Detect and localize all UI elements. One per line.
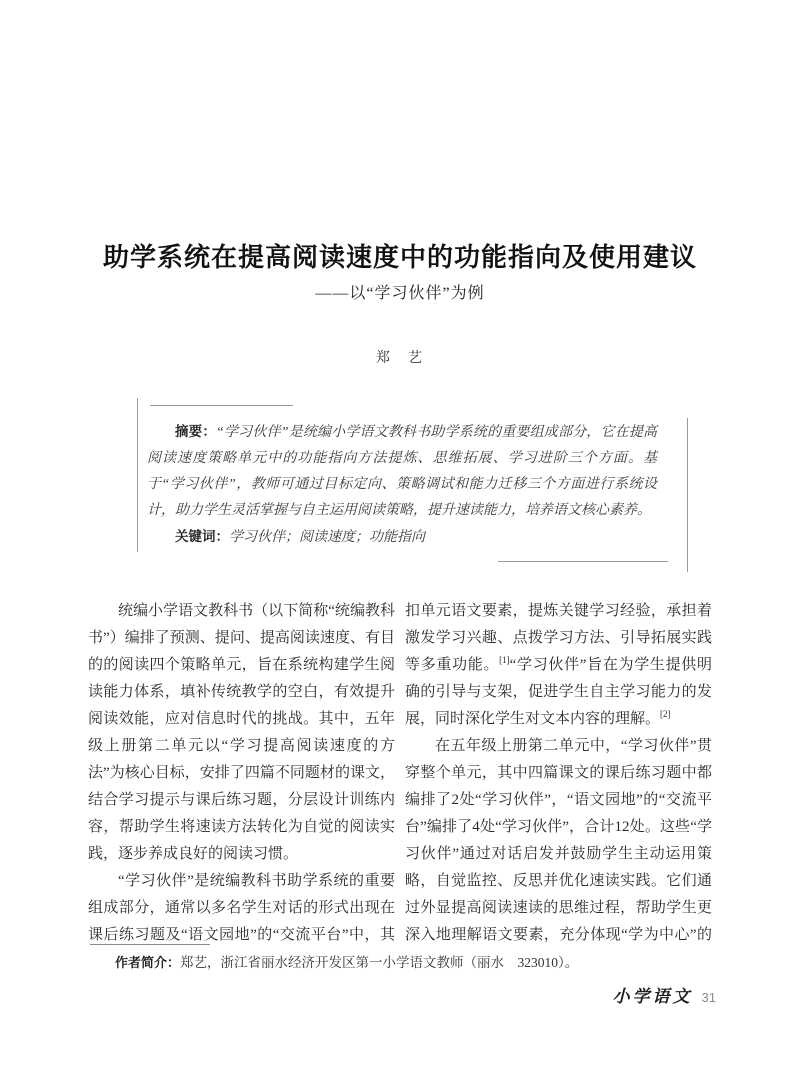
- left-column: 统编小学语文教科书（以下简称“统编教科书”）编排了预测、提问、提高阅读速度、有目…: [88, 598, 395, 943]
- abstract-left-rule: [137, 398, 138, 552]
- abstract-box: 摘要：“学习伙伴”是统编小学语文教科书助学系统的重要组成部分，它在提高阅读速度策…: [137, 398, 688, 572]
- page-footer: 小学语文 31: [613, 982, 716, 1007]
- body-paragraph-3: 在五年级上册第二单元中，“学习伙伴”贯穿整个单元，其中四篇课文的课后练习题中都编…: [405, 733, 712, 943]
- abstract-right-rule: [687, 418, 688, 572]
- author-name: 郑 艺: [0, 347, 800, 367]
- author-bio: 作者简介：郑艺，浙江省丽水经济开发区第一小学语文教师（丽水 323010）。: [88, 952, 712, 974]
- body-paragraph-2-continued: 扣单元语文要素，提炼关键学习经验，承担着激发学习兴趣、点拨学习方法、引导拓展实践…: [405, 598, 712, 733]
- abstract-top-rule: [150, 405, 293, 406]
- footnote-divider: [90, 944, 210, 945]
- author-bio-text: 郑艺，浙江省丽水经济开发区第一小学语文教师（丽水 323010）。: [180, 955, 578, 970]
- journal-logo: 小学语文: [613, 982, 693, 1007]
- abstract-body-text: “学习伙伴”是统编小学语文教科书助学系统的重要组成部分，它在提高阅读速度策略单元…: [147, 425, 657, 518]
- page-number: 31: [702, 990, 716, 1005]
- keywords-text: 学习伙伴；阅读速度；功能指向: [229, 530, 425, 545]
- reference-marker-1: [1]: [499, 655, 510, 665]
- reference-marker-2: [2]: [660, 709, 671, 719]
- paper-subtitle: ——以“学习伙伴”为例: [0, 280, 800, 303]
- body-paragraph-1: 统编小学语文教科书（以下简称“统编教科书”）编排了预测、提问、提高阅读速度、有目…: [88, 598, 395, 868]
- paper-title: 助学系统在提高阅读速度中的功能指向及使用建议: [0, 237, 800, 274]
- author-bio-label: 作者简介：: [115, 955, 180, 970]
- abstract-label: 摘要：: [175, 424, 216, 439]
- abstract-content: 摘要：“学习伙伴”是统编小学语文教科书助学系统的重要组成部分，它在提高阅读速度策…: [147, 419, 657, 551]
- keywords-label: 关键词：: [175, 529, 229, 544]
- body-paragraph-2-start: “学习伙伴”是统编教科书助学系统的重要组成部分，通常以多名学生对话的形式出现在课…: [88, 868, 395, 943]
- keywords-line: 关键词：学习伙伴；阅读速度；功能指向: [147, 524, 657, 551]
- right-column: 扣单元语文要素，提炼关键学习经验，承担着激发学习兴趣、点拨学习方法、引导拓展实践…: [405, 598, 712, 943]
- paper-page: 助学系统在提高阅读速度中的功能指向及使用建议 ——以“学习伙伴”为例 郑 艺 摘…: [0, 0, 800, 1077]
- abstract-bottom-rule: [498, 561, 668, 562]
- abstract-paragraph: 摘要：“学习伙伴”是统编小学语文教科书助学系统的重要组成部分，它在提高阅读速度策…: [147, 419, 657, 524]
